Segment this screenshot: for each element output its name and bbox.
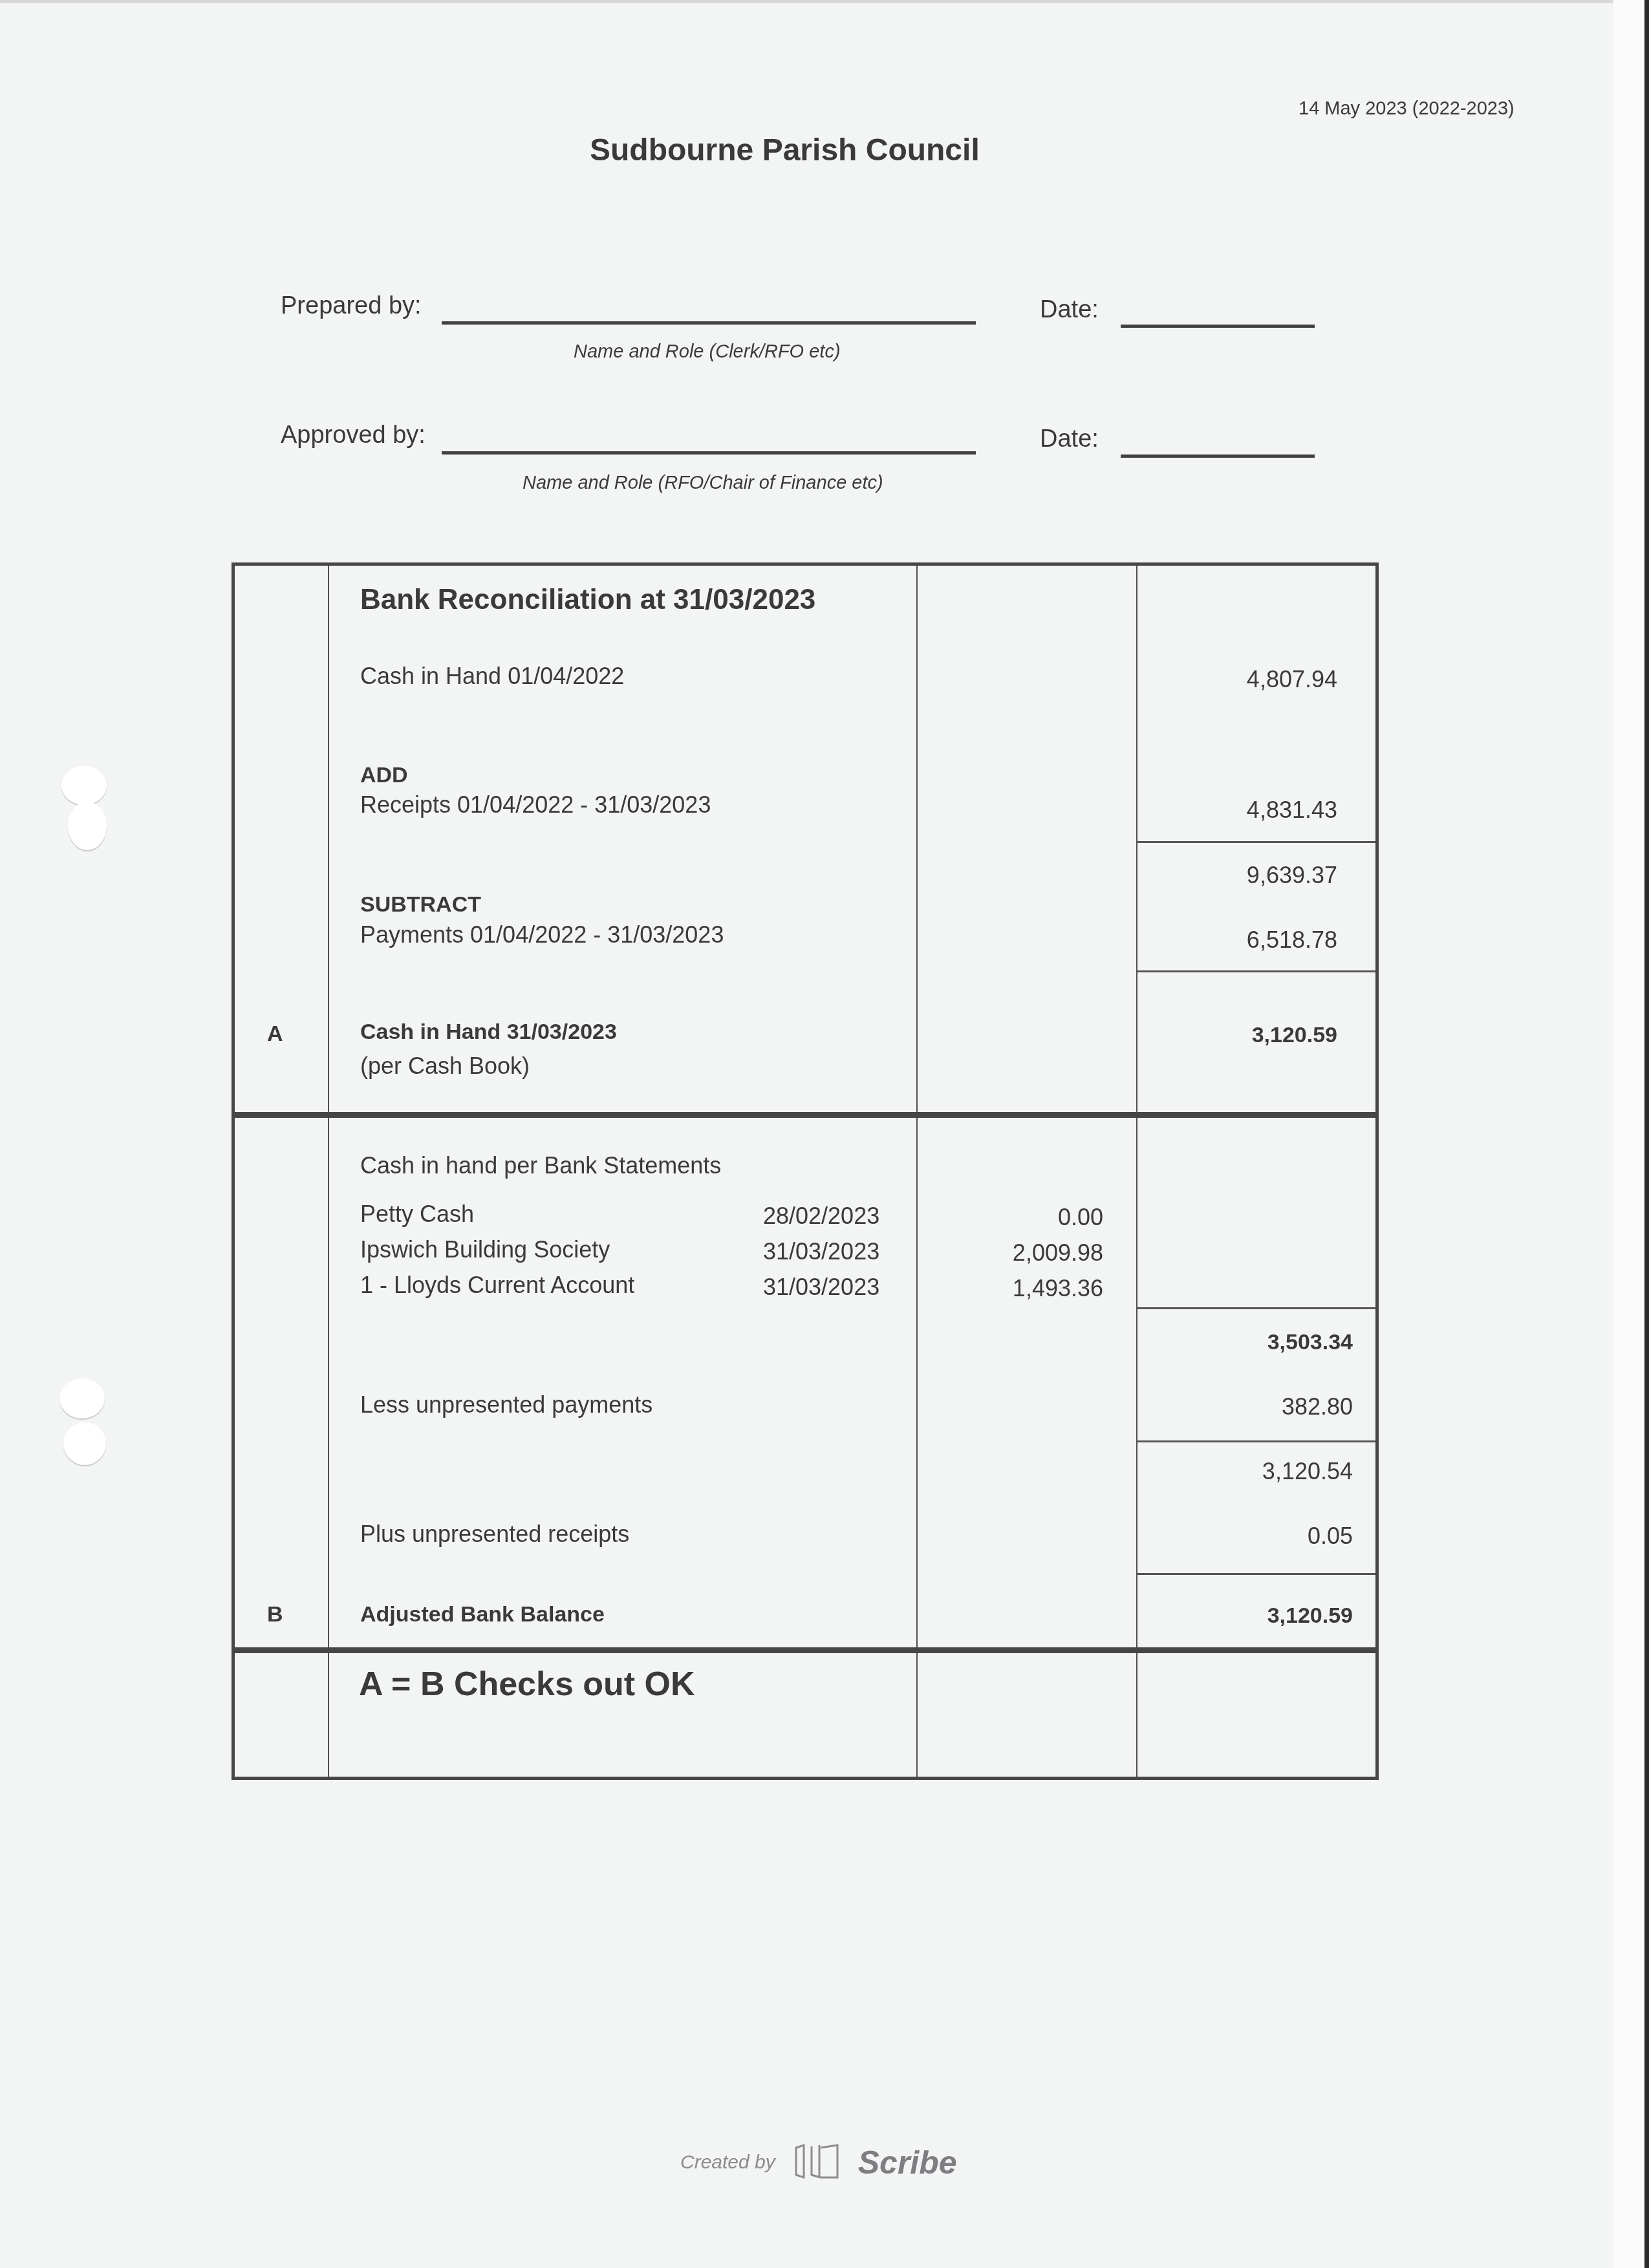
- subtotal-rule: [1137, 1440, 1375, 1442]
- prepared-by-caption: Name and Role (Clerk/RFO etc): [574, 341, 841, 363]
- document-title: Sudbourne Parish Council: [590, 133, 980, 168]
- payments-amount: 6,518.78: [1247, 926, 1337, 954]
- approved-by-caption: Name and Role (RFO/Chair of Finance etc): [523, 473, 883, 494]
- bank-statements-title: Cash in hand per Bank Statements: [360, 1152, 721, 1179]
- account-name: 1 - Lloyds Current Account: [360, 1272, 634, 1299]
- column-divider-subamount: [916, 566, 918, 1777]
- column-divider-marker: [328, 566, 329, 1777]
- unpresented-receipts-amount: 0.05: [1308, 1523, 1353, 1550]
- scanner-edge: [1644, 0, 1649, 2268]
- account-date: 31/03/2023: [763, 1274, 879, 1301]
- approved-by-name-field[interactable]: [442, 451, 976, 455]
- subtotal-rule: [1137, 970, 1375, 972]
- document-date-stamp: 14 May 2023 (2022-2023): [1299, 98, 1514, 120]
- unpresented-payments-label: Less unpresented payments: [360, 1391, 652, 1418]
- account-date: 31/03/2023: [763, 1238, 879, 1265]
- payments-label: Payments 01/04/2022 - 31/03/2023: [360, 921, 724, 948]
- account-amount: 2,009.98: [1013, 1239, 1103, 1267]
- account-amount: 1,493.36: [1013, 1275, 1103, 1302]
- column-divider-amount: [1136, 566, 1137, 1777]
- closing-balance-label: Cash in Hand 31/03/2023: [360, 1020, 617, 1045]
- opening-balance-label: Cash in Hand 01/04/2022: [360, 663, 624, 690]
- prepared-date-field[interactable]: [1121, 325, 1315, 328]
- account-name: Ipswich Building Society: [360, 1236, 610, 1263]
- section-separator: [232, 1647, 1379, 1653]
- receipts-amount: 4,831.43: [1247, 797, 1337, 824]
- page-top-edge: [0, 0, 1649, 3]
- punch-hole-icon: [59, 1378, 105, 1418]
- prepared-by-name-field[interactable]: [442, 321, 976, 325]
- subtotal-rule: [1137, 1307, 1375, 1309]
- closing-balance-amount: 3,120.59: [1252, 1023, 1337, 1048]
- approved-by-label: Approved by:: [281, 422, 426, 449]
- reconciliation-check-result: A = B Checks out OK: [359, 1665, 695, 1704]
- unpresented-payments-amount: 382.80: [1282, 1393, 1353, 1420]
- receipts-label: Receipts 01/04/2022 - 31/03/2023: [360, 791, 711, 818]
- opening-balance-amount: 4,807.94: [1247, 666, 1337, 693]
- section-separator: [232, 1112, 1379, 1118]
- unpresented-receipts-label: Plus unpresented receipts: [360, 1521, 629, 1548]
- section-a-subtotal: 9,639.37: [1247, 862, 1337, 889]
- subtract-title: SUBTRACT: [360, 892, 481, 917]
- punch-hole-icon: [68, 802, 107, 850]
- closing-balance-sublabel: (per Cash Book): [360, 1053, 530, 1080]
- created-by-label: Created by: [680, 2152, 775, 2174]
- section-b-subtotal: 3,120.54: [1262, 1458, 1353, 1485]
- approved-date-label: Date:: [1040, 425, 1099, 453]
- adjusted-balance-label: Adjusted Bank Balance: [360, 1602, 605, 1627]
- marker-b: B: [267, 1602, 283, 1627]
- punch-hole-icon: [61, 766, 107, 805]
- account-name: Petty Cash: [360, 1201, 474, 1228]
- prepared-date-label: Date:: [1040, 296, 1099, 324]
- approved-date-field[interactable]: [1121, 455, 1315, 458]
- add-title: ADD: [360, 763, 408, 788]
- subtotal-rule: [1137, 841, 1375, 843]
- punch-hole-icon: [63, 1422, 106, 1465]
- prepared-by-label: Prepared by:: [281, 292, 422, 320]
- accounts-total: 3,503.34: [1267, 1330, 1353, 1355]
- adjusted-balance-amount: 3,120.59: [1267, 1603, 1353, 1629]
- scribe-logo-icon: [792, 2141, 841, 2183]
- account-amount: 0.00: [1058, 1204, 1103, 1231]
- subtotal-rule: [1137, 1573, 1375, 1575]
- account-date: 28/02/2023: [763, 1203, 879, 1230]
- footer-watermark: Created by Scribe: [680, 2141, 957, 2183]
- page-right-margin: [1613, 0, 1644, 2268]
- reconciliation-heading: Bank Reconciliation at 31/03/2023: [360, 584, 815, 616]
- marker-a: A: [267, 1022, 283, 1047]
- scribe-brand: Scribe: [858, 2144, 957, 2181]
